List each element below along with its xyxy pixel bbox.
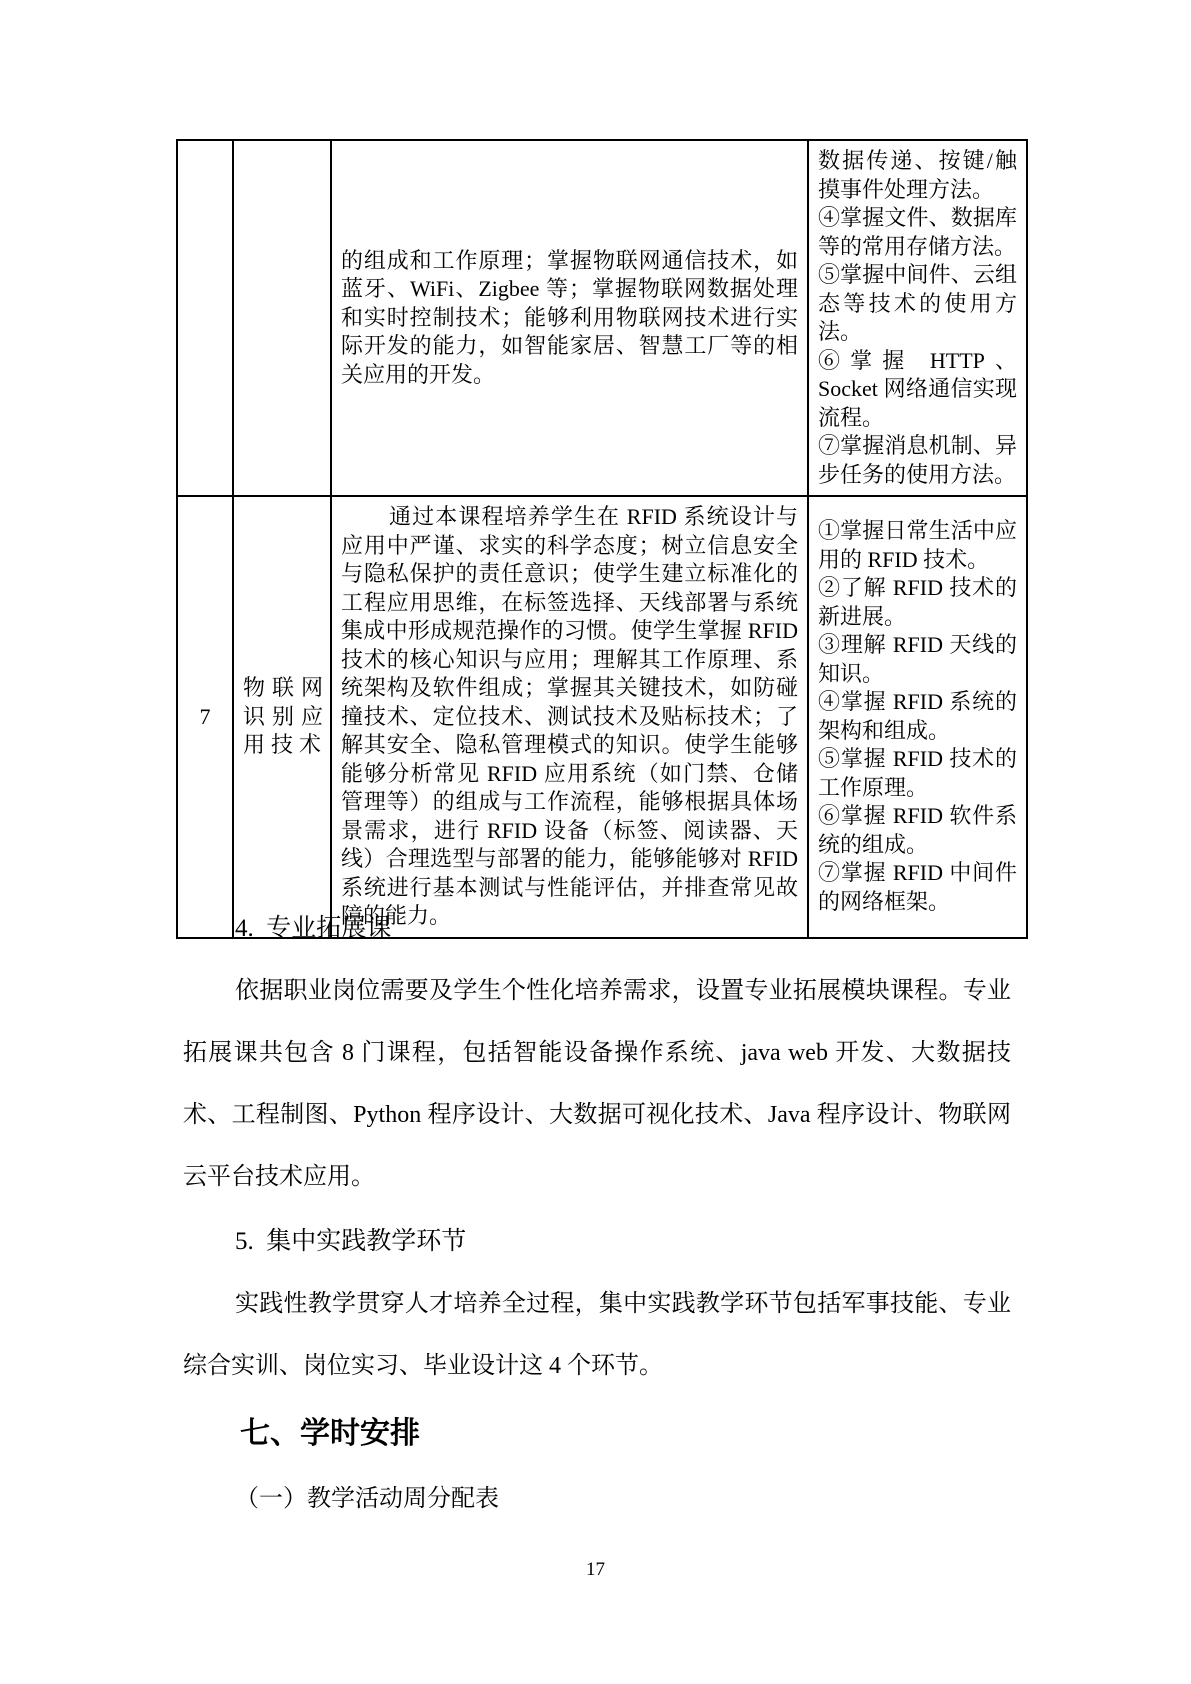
objective-item: ⑤掌握 RFID 技术的工作原理。 [818,745,1017,802]
objective-item: ④掌握 RFID 系统的架构和组成。 [818,688,1017,745]
objective-item: ①掌握日常生活中应用的 RFID 技术。 [818,517,1017,574]
course-description: 的组成和工作原理；掌握物联网通信技术，如蓝牙、WiFi、Zigbee 等；掌握物… [341,247,798,390]
objective-item: ②了解 RFID 技术的新进展。 [818,574,1017,631]
subsection-heading-1: （一）教学活动周分配表 [235,1483,499,1515]
course-description-cell: 通过本课程培养学生在 RFID 系统设计与应用中严谨、求实的科学态度；树立信息安… [331,496,808,938]
paragraph-practice-teaching: 实践性教学贯穿人才培养全过程，集中实践教学环节包括军事技能、专业综合实训、岗位实… [183,1273,1011,1397]
heading-item-5: 5. 集中实践教学环节 [183,1226,466,1258]
objective-item: 数据传递、按键/触摸事件处理方法。 [818,147,1017,204]
objective-item: ⑦掌握消息机制、异步任务的使用方法。 [818,432,1017,489]
course-name: 物联网识别应用技术 [243,674,329,760]
objective-item: ⑤掌握中间件、云组态等技术的使用方法。 [818,261,1017,347]
course-description: 通过本课程培养学生在 RFID 系统设计与应用中严谨、求实的科学态度；树立信息安… [341,503,798,931]
objective-item: ④掌握文件、数据库等的常用存储方法。 [818,204,1017,261]
table-row: 7 物联网识别应用技术 通过本课程培养学生在 RFID 系统设计与应用中严谨、求… [177,496,1027,938]
course-name-cell [233,140,331,496]
course-number-cell: 7 [177,496,233,938]
page-number: 17 [0,1558,1191,1582]
course-objectives-cell: ①掌握日常生活中应用的 RFID 技术。 ②了解 RFID 技术的新进展。 ③理… [808,496,1027,938]
course-description-cell: 的组成和工作原理；掌握物联网通信技术，如蓝牙、WiFi、Zigbee 等；掌握物… [331,140,808,496]
course-number-cell [177,140,233,496]
objective-item: ⑥掌握 HTTP、Socket 网络通信实现流程。 [818,347,1017,433]
objective-item: ⑥掌握 RFID 软件系统的组成。 [818,802,1017,859]
course-table: 的组成和工作原理；掌握物联网通信技术，如蓝牙、WiFi、Zigbee 等；掌握物… [176,139,1028,939]
objective-item: ③理解 RFID 天线的知识。 [818,631,1017,688]
paragraph-expansion-courses: 依据职业岗位需要及学生个性化培养需求，设置专业拓展模块课程。专业拓展课共包含 8… [183,960,1011,1208]
table-row: 的组成和工作原理；掌握物联网通信技术，如蓝牙、WiFi、Zigbee 等；掌握物… [177,140,1027,496]
section-heading-7: 七、学时安排 [240,1415,420,1453]
objective-item: ⑦掌握 RFID 中间件的网络框架。 [818,859,1017,916]
course-name-cell: 物联网识别应用技术 [233,496,331,938]
course-objectives-cell: 数据传递、按键/触摸事件处理方法。 ④掌握文件、数据库等的常用存储方法。 ⑤掌握… [808,140,1027,496]
heading-item-4: 4. 专业拓展课 [183,913,391,945]
document-page: 的组成和工作原理；掌握物联网通信技术，如蓝牙、WiFi、Zigbee 等；掌握物… [0,0,1191,1684]
